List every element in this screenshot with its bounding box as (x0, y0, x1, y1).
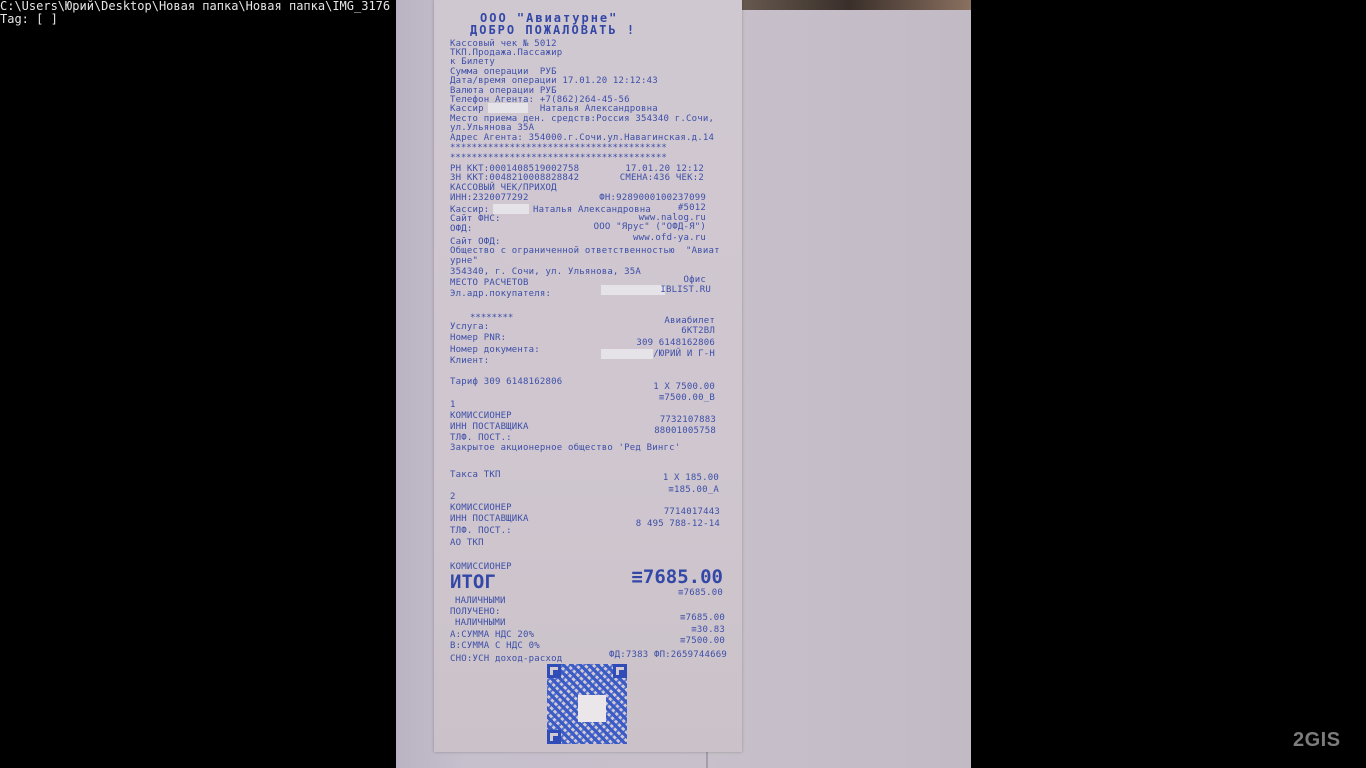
item1-phone-value: 88001005758 (654, 426, 716, 436)
fd-fp: ФД:7383 ФП:2659744669 (609, 650, 727, 660)
vat20-value: ≡30.83 (691, 625, 725, 635)
separator: **************************************** (450, 143, 667, 153)
cash-value: ≡7685.00 (678, 588, 723, 598)
inn: ИНН:2320077292 (450, 193, 529, 203)
place-value: Офис (684, 275, 706, 285)
cashier-number: #5012 (678, 203, 706, 213)
cashier-name: Наталья Александровна (533, 205, 651, 215)
photo-top-strip (726, 0, 971, 10)
service-label: Услуга: (450, 322, 489, 332)
receipt-line: к Билету (450, 57, 495, 67)
item2-sum: ≡185.00_А (668, 485, 719, 495)
tag-line: Tag: [ ] (0, 13, 390, 26)
item2-inn-label: ИНН ПОСТАВЩИКА (450, 514, 529, 524)
item1-phone-label: ТЛФ. ПОСТ.: (450, 433, 512, 443)
item2-name: Такса ТКП (450, 470, 501, 480)
pnr-label: Номер PNR: (450, 333, 506, 343)
item2-inn-value: 7714017443 (664, 507, 720, 517)
qr-code (547, 664, 627, 744)
shift-check: СМЕНА:436 ЧЕК:2 (620, 173, 704, 183)
vat20-label: А:СУММА НДС 20% (450, 630, 534, 640)
doc-number-label: Номер документа: (450, 345, 540, 355)
received-cash-value: ≡7685.00 (680, 613, 725, 623)
item2-index: 2 (450, 492, 456, 502)
item2-phone-label: ТЛФ. ПОСТ.: (450, 526, 512, 536)
receipt-company: ООО "Авиатурне" (480, 13, 618, 23)
place-label: МЕСТО РАСЧЕТОВ (450, 278, 529, 288)
client-label: Клиент: (450, 356, 489, 366)
qr-finder (547, 664, 561, 678)
doc-type: КАССОВЫЙ ЧЕК/ПРИХОД (450, 183, 557, 193)
receipt-welcome: ДОБРО ПОЖАЛОВАТЬ ! (470, 25, 636, 35)
item1-inn-label: ИНН ПОСТАВЩИКА (450, 422, 529, 432)
receipt-line: Адрес Агента: 354000.г.Сочи.ул.Навагинск… (450, 133, 714, 143)
item1-supplier: Закрытое акционерное общество 'Ред Вингс… (450, 443, 680, 453)
email-value: IBLIST.RU (660, 285, 711, 295)
zn-kkt: ЗН ККТ:0048210008828842 (450, 173, 579, 183)
item1-sum: ≡7500.00_В (659, 393, 715, 403)
received-cash-label: НАЛИЧНЫМИ (455, 618, 506, 628)
console-output: C:\Users\Юрий\Desktop\Новая папка\Новая … (0, 0, 390, 26)
client-value: /ЮРИЙ И Г-Н (653, 349, 715, 359)
item1-inn-value: 7732107883 (660, 415, 716, 425)
item1-name: Тариф 309 6148162806 (450, 377, 562, 387)
ofd-label: ОФД: (450, 224, 472, 234)
item1-role: КОМИССИОНЕР (450, 411, 512, 421)
item2-supplier: АО ТКП (450, 538, 484, 548)
file-path: C:\Users\Юрий\Desktop\Новая папка\Новая … (0, 0, 390, 13)
qr-finder (547, 730, 561, 744)
org-name: Общество с ограниченной ответственностью… (450, 246, 720, 256)
org-address: 354340, г. Сочи, ул. Ульянова, 35А (450, 267, 641, 277)
fns-site-label: Сайт ФНС: (450, 214, 501, 224)
tax-system: СНО:УСН доход-расход (450, 654, 562, 664)
cash-label: НАЛИЧНЫМИ (455, 596, 506, 606)
item1-qty-price: 1 X 7500.00 (653, 382, 715, 392)
redacted-block (488, 103, 528, 113)
receipt-line: Кассир Наталья Александровна (450, 104, 658, 114)
ofd-site: www.ofd-ya.ru (633, 233, 706, 243)
total-value: ≡7685.00 (631, 567, 723, 587)
service-value: Авиабилет (664, 316, 715, 326)
email-label: Эл.адр.покупателя: (450, 289, 551, 299)
vat0-value: ≡7500.00 (680, 636, 725, 646)
receipt-line: Дата/время операции 17.01.20 12:12:43 (450, 76, 658, 86)
vat0-label: В:СУММА С НДС 0% (450, 641, 540, 651)
qr-finder (613, 664, 627, 678)
org-name-cont: урне" (450, 256, 478, 266)
received-label: ПОЛУЧЕНО: (450, 607, 501, 617)
ofd-name: ООО "Ярус" ("ОФД-Я") (594, 222, 706, 232)
pnr-value: 6КТ2ВЛ (681, 326, 715, 336)
redacted-block (493, 204, 529, 214)
separator: **************************************** (450, 153, 667, 163)
total-label: ИТОГ (450, 572, 496, 592)
item2-qty-price: 1 X 185.00 (663, 473, 719, 483)
item1-index: 1 (450, 400, 456, 410)
item2-phone-value: 8 495 788-12-14 (636, 519, 720, 529)
redacted-block (578, 695, 606, 722)
redacted-block (601, 285, 665, 295)
watermark-logo: 2GIS (1293, 729, 1341, 752)
doc-number-value: 309 6148162806 (636, 338, 715, 348)
redacted-block (601, 349, 653, 359)
receipt-line: ул.Ульянова 35А (450, 123, 534, 133)
item2-role: КОМИССИОНЕР (450, 503, 512, 513)
fn-number: ФН:9289000100237099 (599, 193, 706, 203)
